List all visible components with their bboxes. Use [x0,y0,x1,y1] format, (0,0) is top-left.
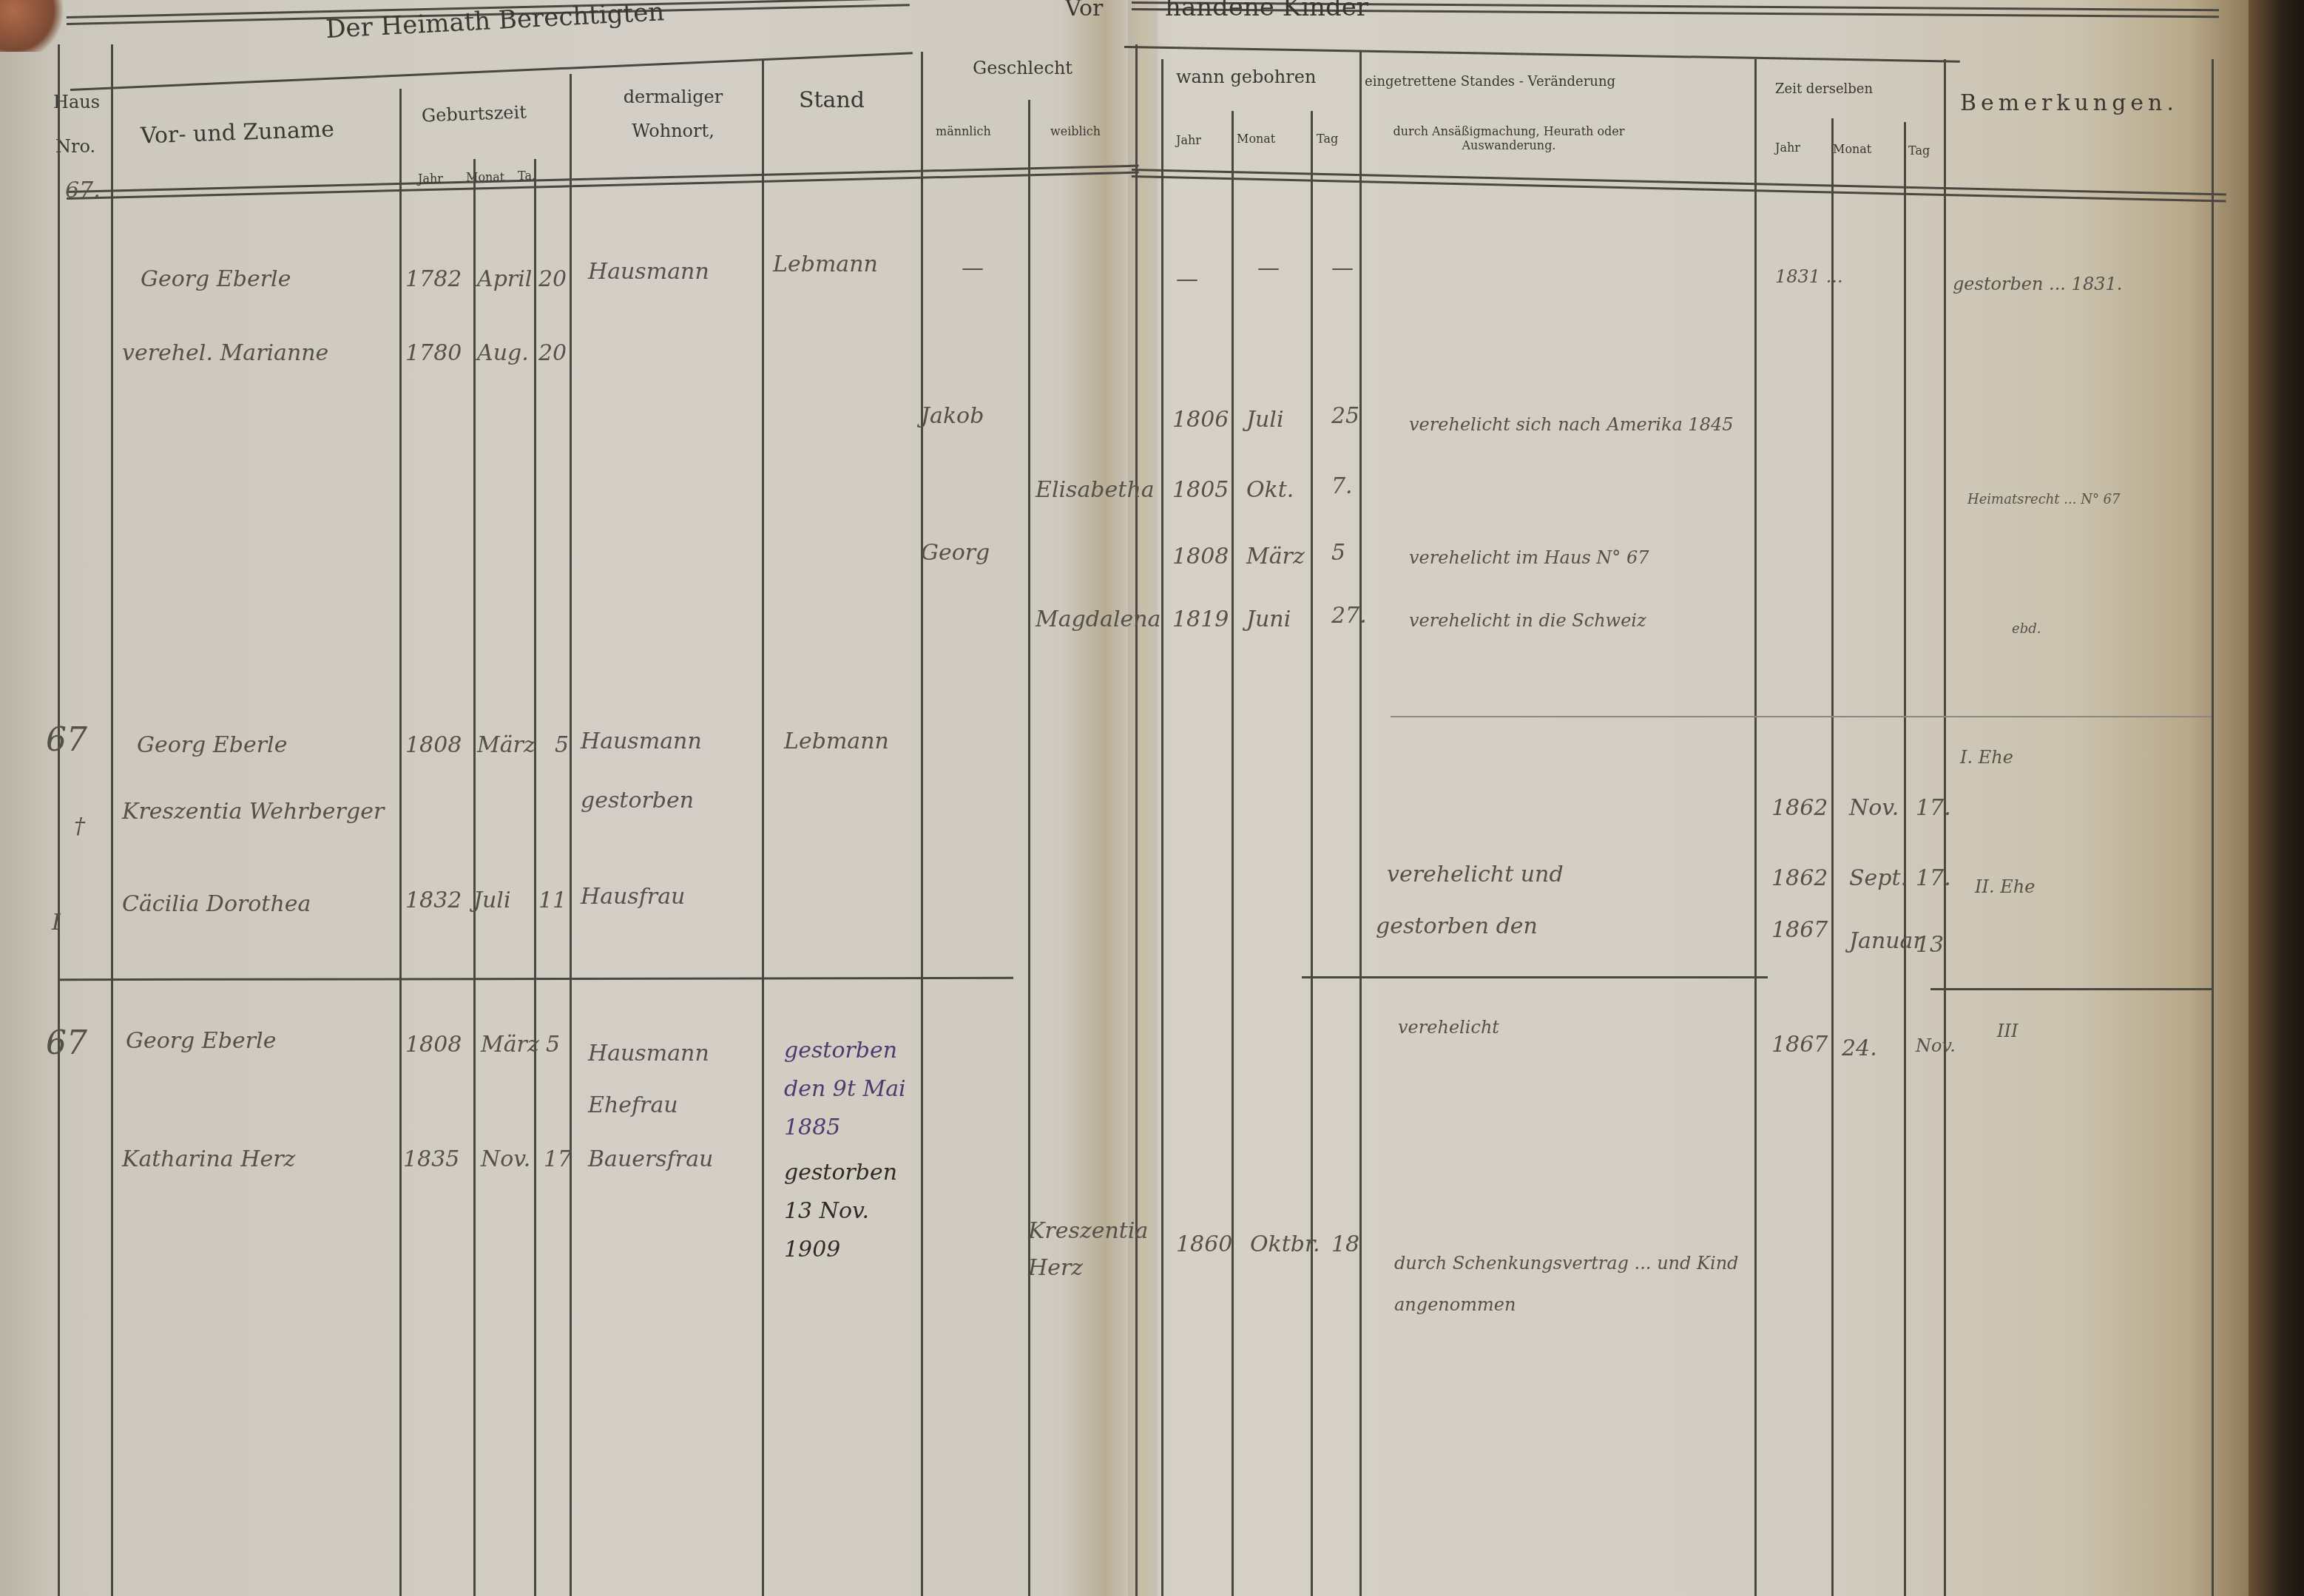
dash: — [1176,266,1198,292]
parent-stand-death-note: gestorben den 9t Mai 1885 [784,1032,925,1147]
parent-birth-day: 11 [538,887,567,913]
parent-name: Katharina Herz [122,1146,295,1172]
dash: — [1257,255,1280,281]
parent-birth-month: April [477,266,532,292]
child-female: Magdalena [1036,606,1161,632]
child-status-change: durch Schenkungsvertrag ... und Kind ang… [1394,1242,1749,1325]
family-separator-faint [1391,716,2212,717]
parent-birth-month: März [481,1032,539,1058]
dash: — [1331,255,1354,281]
parent-birth-year: 1835 [403,1146,459,1172]
bemerkung: II. Ehe [1975,876,2035,897]
zeit-top: 1831 ... [1775,266,1843,287]
child-birth-day: 27. [1331,603,1367,629]
parent-name: Kreszentia Wehrberger [122,799,384,825]
col-sub-weiblich: weiblich [1050,124,1101,138]
rule [921,52,923,1596]
child-birth-month: März [1246,544,1305,569]
child-status-change: verehelicht in die Schweiz [1409,610,1646,631]
zeit-monat: Nov. [1849,795,1899,821]
rule [1311,111,1313,1596]
child-male: Jakob [921,403,984,429]
right-title-fragment: Vor [1065,0,1103,21]
house-number-header: 67. [65,177,101,203]
zeit-jahr: 1862 [1771,795,1828,821]
zeit-tag: 13 [1916,932,1944,958]
parent-wohnort: Hausmann [581,728,702,754]
parent-name: verehel. Marianne [122,340,328,366]
col-header-standes-veraenderung: eingetrettene Standes - Veränderung [1365,74,1615,89]
header-title-rule-right [1124,46,1960,63]
parent-birth-year: 1832 [405,887,462,913]
family-separator-right [1302,976,1768,978]
parent-birth-month: Aug. [477,340,529,366]
parent-birth-day: 5 [555,732,569,758]
child-birth-year: 1808 [1172,544,1229,569]
rule [1359,52,1362,1596]
zeit-tag: 17. [1916,865,1951,891]
child-birth-day: 18 [1331,1231,1359,1257]
child-birth-month: Juli [1246,407,1284,433]
parent-wohnort: gestorben [581,788,694,814]
thumb-holding-page [0,0,67,52]
child-status-change: verehelicht und [1387,862,1564,887]
col-header-bemerkungen: Bemerkungen. [1960,90,2178,116]
rule [1135,44,1138,1596]
roman-mark: I [52,910,61,936]
bemerkung: ebd. [2012,621,2041,637]
parent-wohnort: Hausmann [588,259,709,285]
rule [762,59,764,1596]
col-header-name: Vor- und Zuname [140,116,334,149]
parent-wohnort: Hausfrau [581,884,685,910]
child-status-change: verehelicht sich nach Amerika 1845 [1409,414,1733,435]
child-birth-day: 7. [1331,473,1353,499]
col-sub-veraenderung-detail: durch Ansäßigmachung, Heurath oder Auswa… [1383,124,1635,152]
parent-birth-month: Nov. [481,1146,530,1172]
col-header-haus-nro: Haus Nro. [53,80,98,169]
child-birth-year: 1819 [1172,606,1229,632]
col-header-wann-gebohren: wann gebohren [1176,67,1316,87]
parent-name: Georg Eberle [126,1028,276,1054]
col-sub-zeit-monat: Monat [1833,142,1871,156]
parent-wohnort: Hausmann Ehefrau [588,1028,751,1132]
rule [399,89,402,1596]
col-sub-child-monat: Monat [1237,132,1275,146]
child-birth-month: Juni [1246,606,1291,632]
parent-birth-day: 17 [544,1146,572,1172]
rule [1028,100,1030,1596]
rule [473,159,476,1596]
parent-name: Georg Eberle [137,732,287,758]
dash: — [962,255,984,281]
col-header-geschlecht: Geschlecht [973,58,1072,78]
bemerkung: Heimatsrecht ... N° 67 [1967,492,2121,507]
child-status-change: verehelicht im Haus N° 67 [1409,547,1649,568]
zeit-monat: 24. [1842,1035,1877,1061]
child-female: Kreszentia Herz [1028,1213,1132,1287]
col-header-geburtszeit: Geburtszeit [422,102,527,126]
bemerkung: gestorben ... 1831. [1953,274,2122,294]
rule [570,74,572,1596]
parent-stand: Lebmann [773,251,878,277]
zeit-tag: 17. [1916,795,1951,821]
header-bottom-rule-right [1132,169,2226,203]
parent-birth-year: 1808 [405,732,462,758]
rule [1944,59,1946,1596]
child-birth-day: 5 [1331,540,1345,566]
rule [111,44,113,1596]
col-sub-zeit-jahr: Jahr [1775,141,1800,155]
rule [58,44,60,1596]
zeit-monat: Januar [1849,928,1924,954]
col-header-zeit-derselben: Zeit derselben [1775,81,1873,97]
zeit-jahr: 1867 [1771,1032,1828,1058]
header-title-rule-left [70,52,913,91]
parent-name: Cäcilia Dorothea [122,891,311,917]
child-status-change: gestorben den [1376,913,1538,939]
rule [1161,59,1163,1596]
family-separator-right-b [1930,988,2212,990]
rule [1232,111,1234,1596]
col-sub-jahr: Jahr [418,172,443,186]
parent-birth-month: Juli [473,887,511,913]
rule [534,159,536,1596]
zeit-monat: Sept. [1849,865,1908,891]
col-header-stand: Stand [799,87,865,113]
child-birth-month: Oktbr. [1250,1231,1320,1257]
parent-wohnort: Bauersfrau [588,1146,713,1172]
parent-birth-year: 1782 [405,266,462,292]
col-sub-tag: Ta. [518,169,536,183]
house-number: 67 [46,1024,87,1062]
child-female: Elisabetha [1036,477,1155,503]
col-header-wohnort: dermaliger Wohnort, [599,80,747,148]
parent-birth-month: März [477,732,536,758]
col-sub-maennlich: männlich [936,124,991,138]
col-sub-zeit-tag: Tag [1908,143,1930,158]
child-birth-year: 1806 [1172,407,1229,433]
parent-birth-year: 1808 [405,1032,462,1058]
parent-birth-day: 5 [546,1032,560,1058]
zeit-jahr: 1867 [1771,917,1828,943]
zeit-tag: Nov. [1916,1035,1956,1056]
parent-birth-day: 20 [538,340,567,366]
register-book-spread: Der Heimath Berechtigten Vor handene Kin… [0,0,2256,1596]
rule [1904,122,1906,1596]
house-number: 67 [46,721,87,759]
bemerkung: III [1997,1021,2018,1041]
right-page-title: handene Kinder [1165,0,1368,22]
child-birth-month: Okt. [1246,477,1294,503]
bemerkung: I. Ehe [1960,747,2013,768]
child-birth-year: 1805 [1172,477,1229,503]
parent-birth-year: 1780 [405,340,462,366]
parent-stand-death-note: gestorben 13 Nov. 1909 [784,1154,910,1269]
child-birth-year: 1860 [1176,1231,1232,1257]
col-sub-child-tag: Tag [1317,132,1338,146]
book-spine [1128,0,1158,1596]
col-sub-monat: Monat [466,170,504,184]
rule [1754,59,1757,1596]
child-birth-day: 25 [1331,403,1359,429]
rule [1831,118,1834,1596]
col-sub-child-jahr: Jahr [1176,133,1201,147]
header-bottom-rule-left [67,165,1139,200]
status-change-top: verehelicht [1398,1017,1499,1038]
parent-birth-day: 20 [538,266,567,292]
left-page-title: Der Heimath Berechtigten [325,0,665,44]
rule [2212,59,2214,1596]
book-edge [2249,0,2304,1596]
child-male: Georg [921,540,990,566]
parent-stand: Lebmann [784,728,889,754]
parent-name: Georg Eberle [141,266,291,292]
zeit-jahr: 1862 [1771,865,1828,891]
house-mark: † [74,814,85,839]
